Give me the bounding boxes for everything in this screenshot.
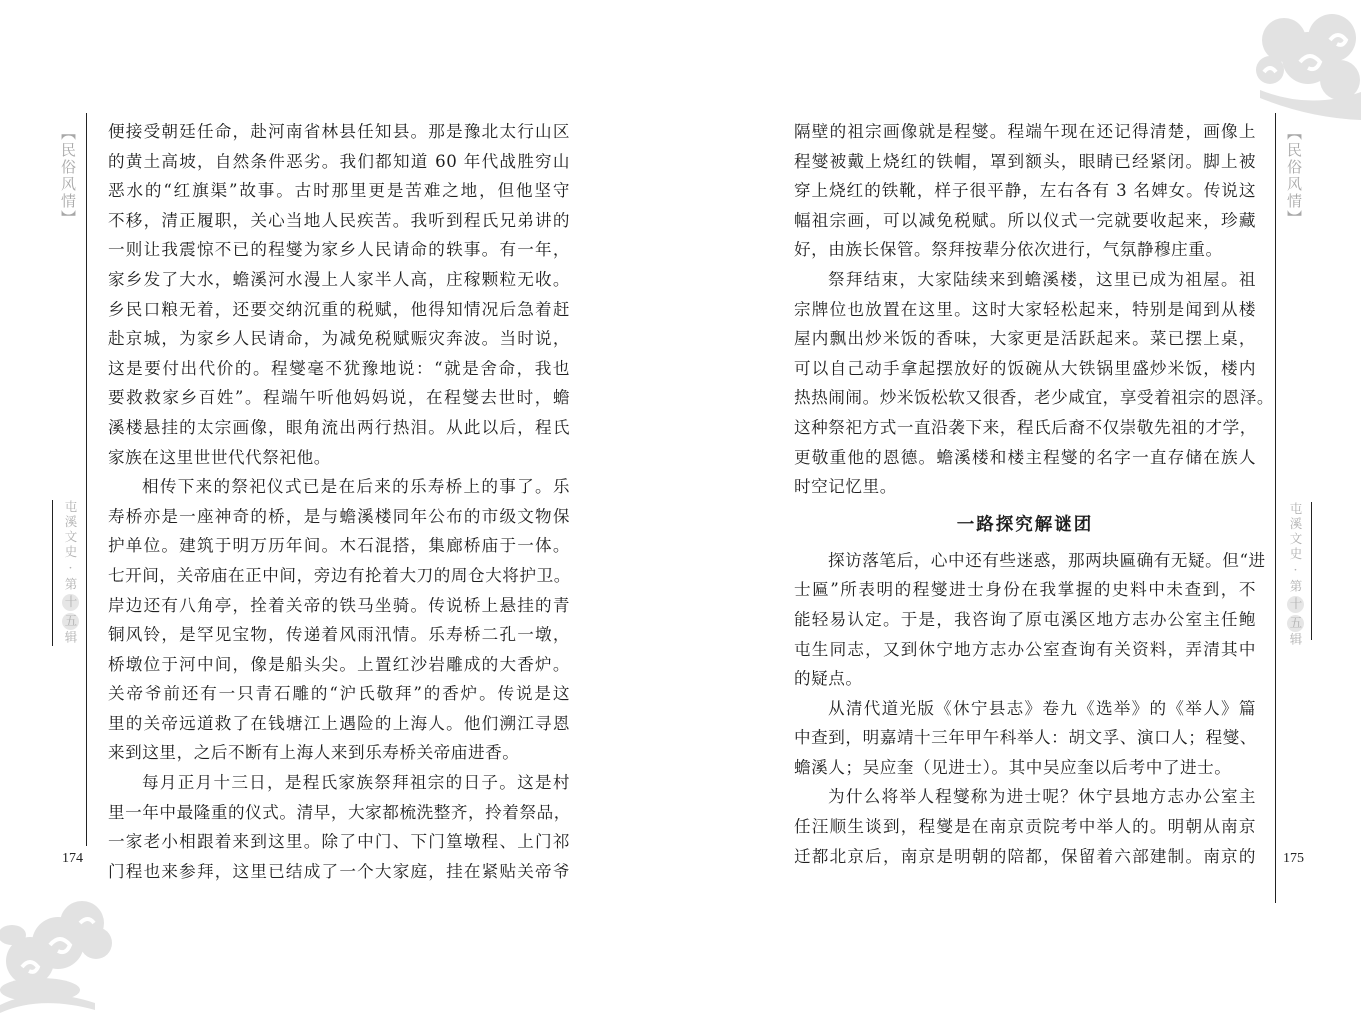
text-line: 这是要付出代价的。程燮毫不犹豫地说：“就是舍命，我也 [108,354,570,384]
text-line: 要救救家乡百姓”。程端午听他妈妈说，在程燮去世时，蟾 [108,383,570,413]
text-line: 的黄土高坡，自然条件恶劣。我们都知道 60 年代战胜穷山 [108,147,570,177]
cloud-ornament-icon [1240,0,1361,125]
series-num-1: 十 [1287,596,1304,613]
cloud-ornament-icon [0,895,120,1016]
text-line: 相传下来的祭祀仪式已是在后来的乐寿桥上的事了。乐 [108,472,570,502]
series-num-2: 五 [62,613,79,630]
text-line: 关帝爷前还有一只青石雕的“沪氏敬拜”的香炉。传说是这 [108,679,570,709]
text-line: 宗牌位也放置在这里。这时大家轻松起来，特别是闻到从楼 [794,295,1256,325]
text-line: 一则让我震惊不已的程燮为家乡人民请命的轶事。有一年， [108,235,570,265]
text-line: 穿上烧红的铁靴，样子很平静，左右各有 3 名婢女。传说这 [794,176,1256,206]
page-number: 175 [1283,851,1304,867]
text-line: 时空记忆里。 [794,472,1256,502]
left-margin-rule [86,113,87,846]
text-line: 程燮被戴上烧红的铁帽，罩到额头，眼睛已经紧闭。脚上被 [794,147,1256,177]
text-line: 乡民口粮无着，还要交纳沉重的税赋，他得知情况后急着赶 [108,295,570,325]
text-line: 恶水的“红旗渠”故事。古时那里更是苦难之地，但他坚守 [108,176,570,206]
series-label: 屯溪文史·第十五辑 [1286,502,1304,648]
text-line: 这种祭祀方式一直沿袭下来，程氏后裔不仅崇敬先祖的才学， [794,413,1256,443]
text-line: 每月正月十三日，是程氏家族祭拜祖宗的日子。这是村 [108,768,570,798]
text-line: 屯生同志，又到休宁地方志办公室查询有关资料，弄清其中 [794,635,1256,665]
text-line: 可以自己动手拿起摆放好的饭碗从大铁锅里盛炒米饭，楼内 [794,354,1256,384]
left-page: 【民俗风情】 屯溪文史·第十五辑 便接受朝廷任命，赴河南省林县任知县。那是豫北太… [0,0,680,1016]
text-line: 便接受朝廷任命，赴河南省林县任知县。那是豫北太行山区 [108,117,570,147]
text-line: 蟾溪人；吴应奎（见进士）。其中吴应奎以后考中了进士。 [794,753,1256,783]
text-line: 七开间，关帝庙在正中间，旁边有抡着大刀的周仓大将护卫。 [108,561,570,591]
text-line: 溪楼悬挂的太宗画像，眼角流出两行热泪。从此以后，程氏 [108,413,570,443]
text-line: 护单位。建筑于明万历年间。木石混搭，集廊桥庙于一体。 [108,531,570,561]
series-prefix: 屯溪文史·第 [1288,502,1303,595]
text-line: 不移，清正履职，关心当地人民疾苦。我听到程氏兄弟讲的 [108,206,570,236]
text-line: 屋内飘出炒米饭的香味，大家更是活跃起来。菜已摆上桌， [794,324,1256,354]
series-label: 屯溪文史·第十五辑 [61,500,79,646]
section-heading: 一路探究解谜团 [794,504,1256,546]
text-line: 的疑点。 [794,664,1256,694]
series-prefix: 屯溪文史·第 [63,500,78,593]
series-num-1: 十 [62,594,79,611]
right-body-text: 隔壁的祖宗画像就是程燮。程端午现在还记得清楚，画像上程燮被戴上烧红的铁帽，罩到额… [794,117,1256,871]
right-series-rule [1311,502,1312,640]
text-line: 家族在这里世世代代祭祀他。 [108,443,570,473]
text-line: 隔壁的祖宗画像就是程燮。程端午现在还记得清楚，画像上 [794,117,1256,147]
text-line: 幅祖宗画，可以减免税赋。所以仪式一完就要收起来，珍藏 [794,206,1256,236]
text-line: 为什么将举人程燮称为进士呢？休宁县地方志办公室主 [794,782,1256,812]
text-line: 从清代道光版《休宁县志》卷九《选举》的《举人》篇 [794,694,1256,724]
text-line: 桥墩位于河中间，像是船头尖。上置红沙岩雕成的大香炉。 [108,650,570,680]
text-line: 来到这里，之后不断有上海人来到乐寿桥关帝庙进香。 [108,738,570,768]
text-line: 中查到，明嘉靖十三年甲午科举人：胡文孚、演口人；程燮、 [794,723,1256,753]
text-line: 热热闹闹。炒米饭松软又很香，老少咸宜，享受着祖宗的恩泽。 [794,383,1256,413]
text-line: 一家老小相跟着来到这里。除了中门、下门篁墩程、上门祁 [108,827,570,857]
text-line: 赴京城，为家乡人民请命，为减免税赋赈灾奔波。当时说， [108,324,570,354]
section-label: 【民俗风情】 [58,125,79,227]
left-series-rule [52,500,53,646]
text-line: 好，由族长保管。祭拜按辈分依次进行，气氛静穆庄重。 [794,235,1256,265]
right-margin-rule [1275,113,1276,903]
text-line: 迁都北京后，南京是明朝的陪都，保留着六部建制。南京的 [794,842,1256,872]
text-line: 里的关帝远道救了在钱塘江上遇险的上海人。他们溯江寻恩 [108,709,570,739]
text-line: 家乡发了大水，蟾溪河水漫上人家半人高，庄稼颗粒无收。 [108,265,570,295]
series-suffix: 辑 [1288,633,1303,648]
text-line: 能轻易认定。于是，我咨询了原屯溪区地方志办公室主任鲍 [794,605,1256,635]
page-number: 174 [62,851,83,867]
section-label: 【民俗风情】 [1284,125,1305,227]
text-line: 更敬重他的恩德。蟾溪楼和楼主程燮的名字一直存储在族人 [794,443,1256,473]
text-line: 士匾”所表明的程燮进士身份在我掌握的史料中未查到，不 [794,575,1256,605]
text-line: 祭拜结束，大家陆续来到蟾溪楼，这里已成为祖屋。祖 [794,265,1256,295]
text-line: 岸边还有八角亭，拴着关帝的铁马坐骑。传说桥上悬挂的青 [108,591,570,621]
text-line: 寿桥亦是一座神奇的桥，是与蟾溪楼同年公布的市级文物保 [108,502,570,532]
text-line: 任汪顺生谈到，程燮是在南京贡院考中举人的。明朝从南京 [794,812,1256,842]
text-line: 铜风铃，是罕见宝物，传递着风雨汛情。乐寿桥二孔一墩， [108,620,570,650]
text-line: 里一年中最隆重的仪式。清早，大家都梳洗整齐，拎着祭品， [108,798,570,828]
text-line: 门程也来参拜，这里已结成了一个大家庭，挂在紧贴关帝爷 [108,857,570,887]
series-num-2: 五 [1287,615,1304,632]
left-body-text: 便接受朝廷任命，赴河南省林县任知县。那是豫北太行山区的黄土高坡，自然条件恶劣。我… [108,117,570,886]
right-page: 隔壁的祖宗画像就是程燮。程端午现在还记得清楚，画像上程燮被戴上烧红的铁帽，罩到额… [680,0,1361,1016]
series-suffix: 辑 [63,631,78,646]
text-line: 探访落笔后，心中还有些迷惑，那两块匾确有无疑。但“进 [794,546,1256,576]
